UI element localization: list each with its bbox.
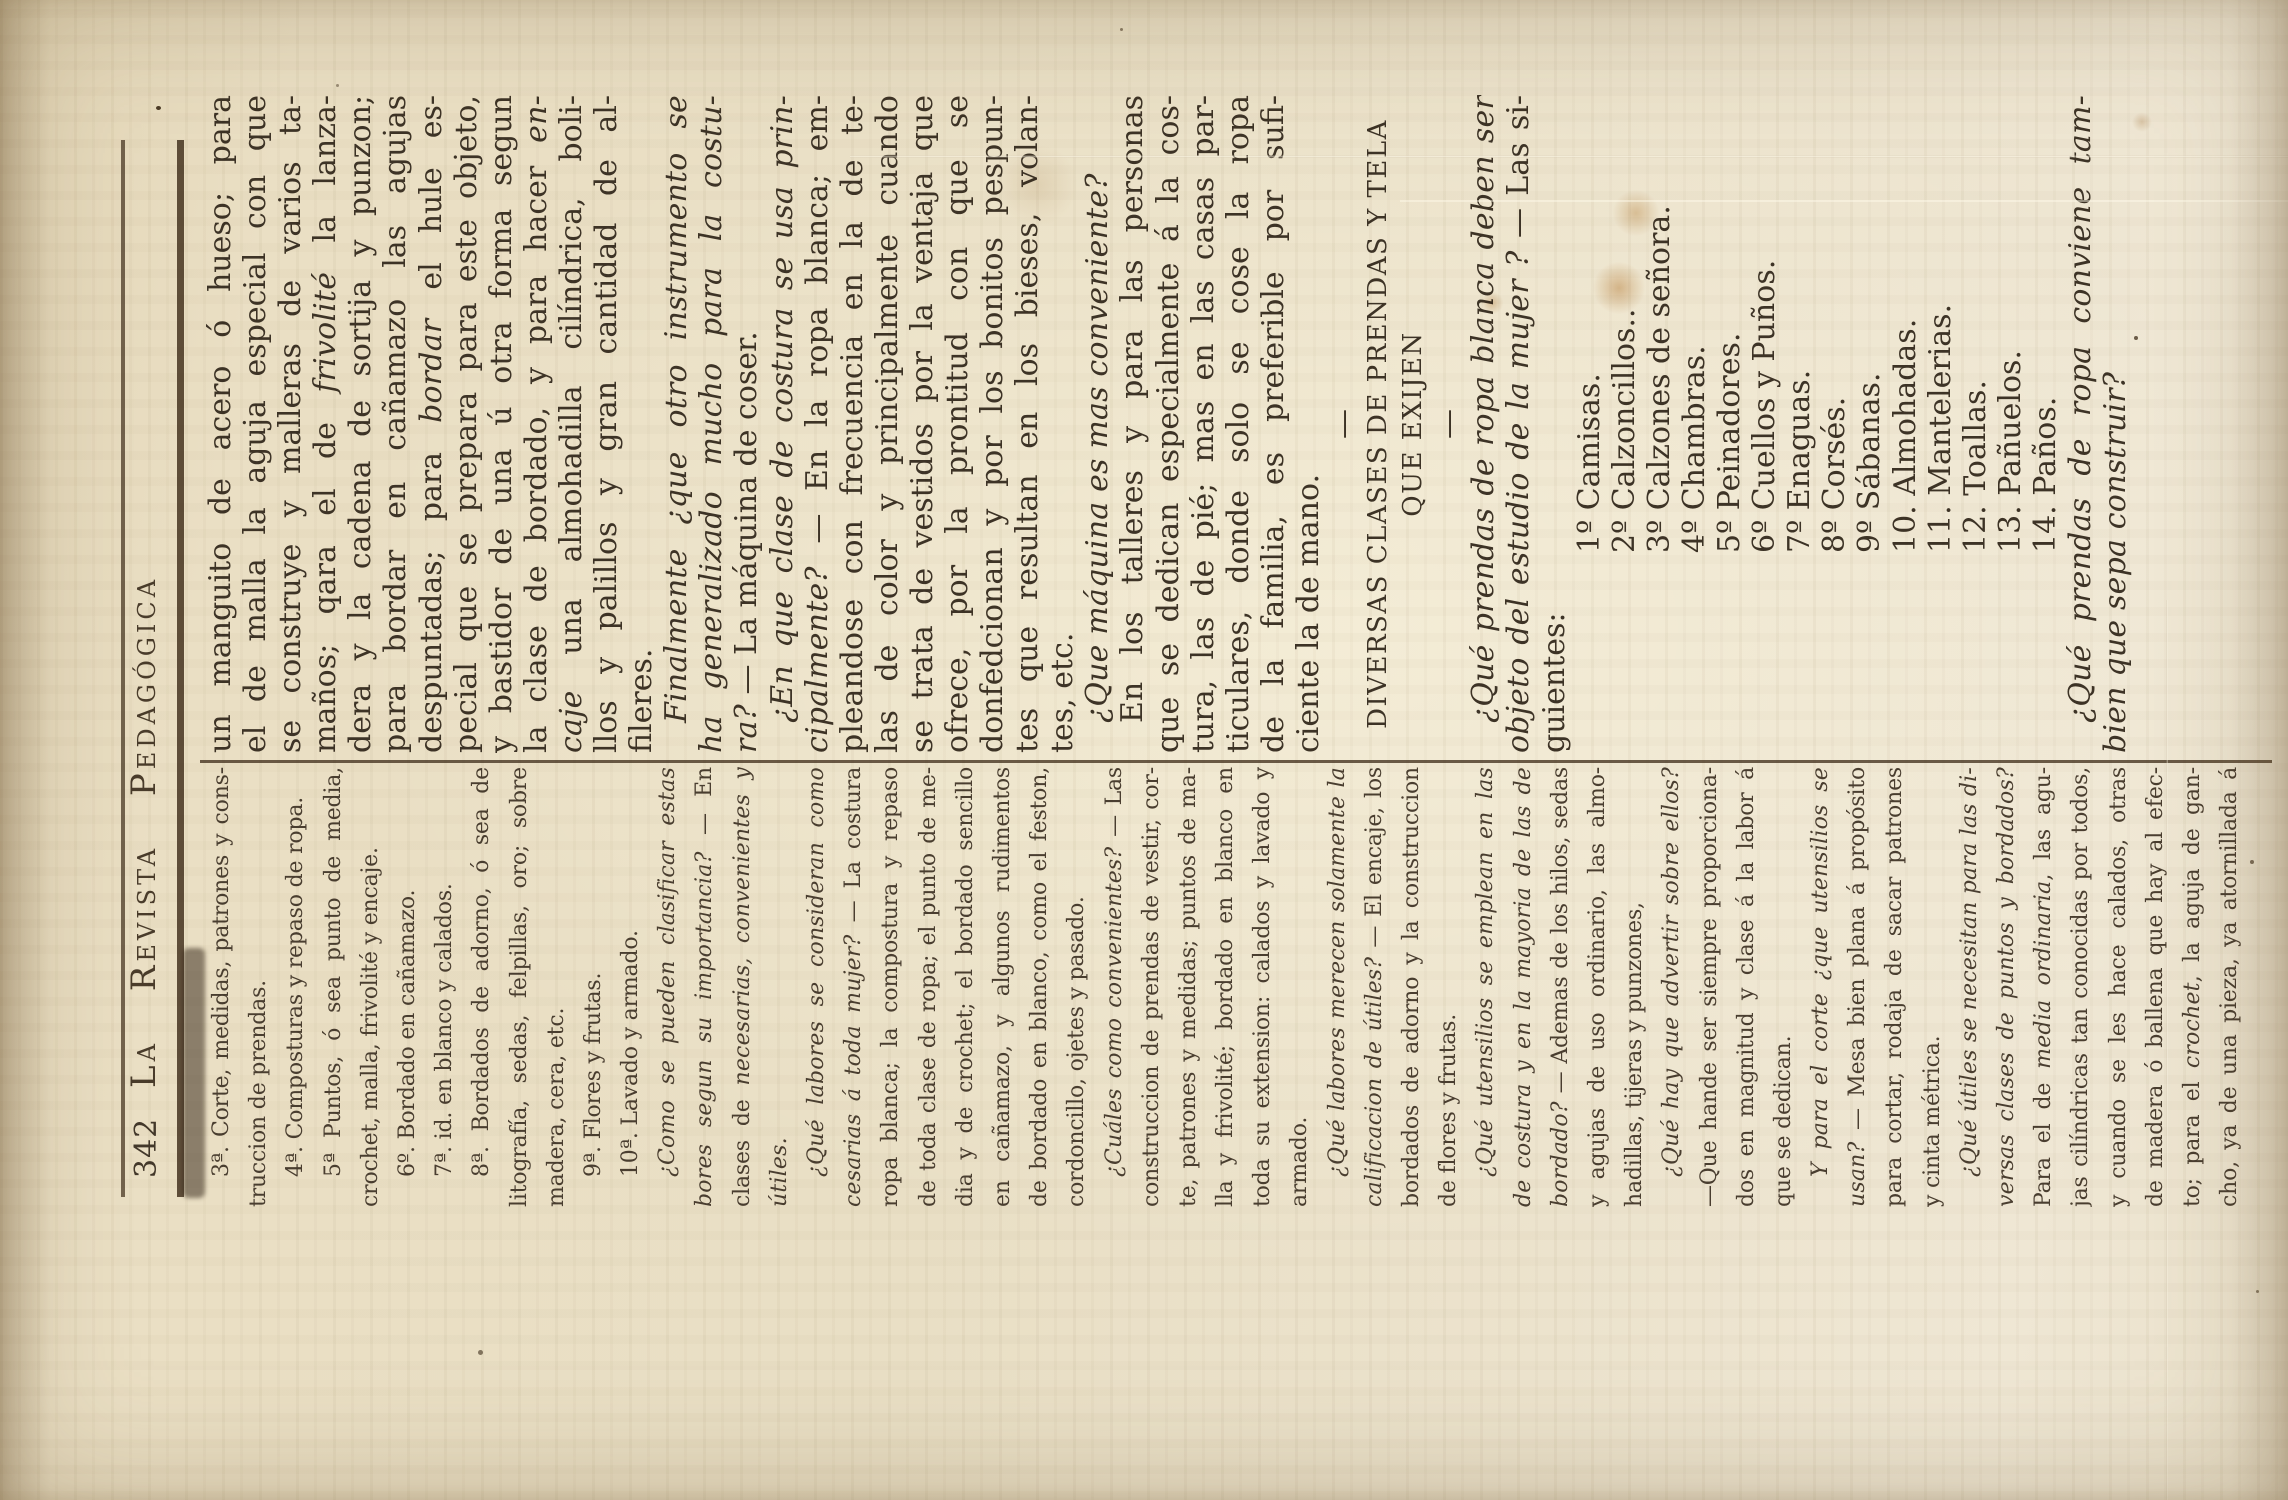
text-line: ¿Que máquina es mas conveniente?: [1080, 95, 1115, 753]
text-line: cipalmente? — En la ropa blanca; em-: [800, 95, 835, 753]
text-line: de bordado en blanco, como el feston,: [1021, 767, 1058, 1207]
text-line: madera, cera, etc.: [538, 767, 575, 1207]
text-segment: — Las si-: [1501, 95, 1536, 250]
text-line: ¿Qué labores se consideran como ne-: [798, 767, 835, 1207]
text-line: guientes:: [1537, 95, 1572, 753]
text-segment: cho, ya de una pieza, ya atornillada á: [2217, 767, 2242, 1207]
text-line: fileres.: [624, 95, 659, 753]
text-segment: clases de: [730, 1086, 755, 1207]
text-line: ¿Qué hay que advertir sobre ellos?: [1653, 767, 1690, 1207]
list-item: 5º Peinadores.: [1712, 95, 1747, 753]
text-segment: ciente la de mano.: [1291, 474, 1326, 753]
right-column: un manguito de acero ó hueso; parael de …: [203, 95, 2133, 753]
text-segment: bordado?: [1548, 1101, 1573, 1207]
text-segment: frivolité: [308, 272, 343, 393]
text-segment: se construye y malleras de varios ta-: [273, 95, 308, 753]
text-segment: de flores y frutas.: [1436, 1014, 1461, 1207]
text-segment: armado.: [1287, 1117, 1312, 1207]
text-line: 3ª. Corte, medidas, patrones y cons-: [203, 767, 240, 1207]
text-segment: 9ª. Flores y frutas.: [581, 973, 606, 1177]
text-line: 4ª. Composturas y repaso de ropa.: [277, 767, 314, 1207]
text-line: En los talleres y para las personas: [1115, 95, 1150, 753]
text-line: útiles.: [761, 767, 798, 1207]
text-segment: 13. Pañuelos.: [1993, 350, 2028, 553]
text-segment: donfedcionan y por los bonitos pespun-: [975, 95, 1010, 753]
text-segment: útiles.: [767, 1137, 792, 1207]
text-segment: Para el de: [2031, 1069, 2056, 1207]
text-segment: ticulares, donde solo se cose la ropa: [1221, 95, 1256, 753]
text-line: to; para el crochet, la aguja de gan-: [2174, 767, 2211, 1207]
text-segment: En los talleres y para las personas: [1115, 95, 1150, 723]
list-item: 4º Chambras.: [1677, 95, 1712, 753]
list-item: 14. Paños.: [2028, 95, 2063, 753]
text-line: y agujas de uso ordinario, las almo-: [1579, 767, 1616, 1207]
text-line: pleandose con frecuencia en la de te-: [835, 95, 870, 753]
text-line: pecial que se prepara para este objeto,: [449, 95, 484, 753]
text-segment: 6º. Bordado en cañamazo.: [395, 890, 420, 1177]
text-segment: crochet, malla, frivolité y encaje.: [358, 847, 383, 1207]
text-segment: 4º Chambras.: [1677, 345, 1712, 553]
text-segment: tes, etc.: [1045, 633, 1080, 753]
text-line: llos y palillos y gran cantidad de al-: [589, 95, 624, 753]
text-line: cordoncillo, ojetes y pasado.: [1058, 767, 1095, 1207]
text-segment: las de color y principalmente cuando: [870, 95, 905, 753]
text-line: de toda clase de ropa; el punto de me-: [910, 767, 947, 1207]
text-segment: Finalmente ¿que otro instrumento se: [659, 95, 694, 723]
text-segment: ha generalizado mucho para la costu-: [694, 95, 729, 753]
text-line: construccion de prendas de vestir, cor-: [1133, 767, 1170, 1207]
text-line: ¿Qué prendas de ropa blanca deben ser: [1466, 95, 1501, 753]
text-line: cho, ya de una pieza, ya atornillada á: [2211, 767, 2248, 1207]
text-line: ofrece, por la prontitud con que se: [940, 95, 975, 753]
text-line: Finalmente ¿que otro instrumento se: [659, 95, 694, 753]
text-line: de costura y en la mayoria de las de: [1505, 767, 1542, 1207]
text-line: de madera ó ballena que hay al efec-: [2137, 767, 2174, 1207]
text-segment: caje: [554, 690, 589, 753]
text-segment: usan?: [1845, 1141, 1870, 1207]
text-segment: cipalmente?: [800, 566, 835, 753]
text-segment: se trata de vestidos por la ventaja que: [905, 95, 940, 753]
text-line: cesarias á toda mujer? — La costura de: [835, 767, 872, 1207]
text-segment: construccion de prendas de vestir, cor-: [1139, 767, 1164, 1207]
text-segment: — Mesa bien plana á propósito: [1845, 767, 1870, 1141]
text-line: lla y frivolité; bordado en blanco en: [1207, 767, 1244, 1207]
text-segment: para bordar en cañamazo las agujas: [378, 95, 413, 753]
section-separator: —: [1326, 95, 1361, 753]
text-segment: que se dedican especialmente á la cos-: [1151, 95, 1186, 753]
text-segment: llos y palillos y gran cantidad de al-: [589, 95, 624, 753]
text-segment: — La máquina de coser.: [729, 331, 764, 704]
text-line: ¿Qué prendas de ropa conviene tam-: [2063, 95, 2098, 753]
text-segment: ¿Qué útiles se necesitan para las di-: [1957, 767, 1982, 1177]
journal-title: La Revista Pedagógica: [124, 576, 164, 1088]
text-segment: de bordado en blanco, como el feston,: [1027, 767, 1052, 1207]
text-line: maños; qara el de frivolité la lanza-: [308, 95, 343, 753]
text-segment: —: [1431, 409, 1466, 439]
text-segment: ¿Qué prendas de ropa conviene tam-: [2063, 95, 2098, 723]
text-line: 6º. Bordado en cañamazo.: [389, 767, 426, 1207]
text-line: y cinta métrica.: [1914, 767, 1951, 1207]
text-line: crochet, malla, frivolité y encaje.: [352, 767, 389, 1207]
rotated-journal-page: 342 La Revista Pedagógica 3ª. Corte, med…: [0, 0, 2288, 1500]
text-segment: 14. Paños.: [2028, 397, 2063, 553]
text-line: se trata de vestidos por la ventaja que: [905, 95, 940, 753]
section-separator: —: [1431, 95, 1466, 753]
text-line: que se dedican especialmente á la cos-: [1151, 95, 1186, 753]
text-segment: ¿Qué prendas de ropa blanca deben ser: [1466, 95, 1501, 723]
text-line: de flores y frutas.: [1430, 767, 1467, 1207]
text-line: caje una almohadilla cilíndrica, boli-: [554, 95, 589, 753]
text-line: 10ª. Lavado y armado.: [612, 767, 649, 1207]
text-segment: guientes:: [1537, 612, 1572, 753]
text-segment: la clase de bordado, y para hacer: [519, 143, 554, 753]
ink-smudge: [183, 948, 205, 1198]
text-segment: te, patrones y medidas; puntos de ma-: [1176, 767, 1201, 1207]
text-line: 7ª. id. en blanco y calados.: [426, 767, 463, 1207]
text-line: armado.: [1281, 767, 1318, 1207]
text-segment: madera, cera, etc.: [544, 1008, 569, 1207]
text-segment: media ordinaria: [2031, 881, 2056, 1069]
text-segment: — El encaje, los: [1362, 767, 1387, 957]
text-segment: necesarias, convenientes y: [730, 767, 755, 1086]
page-number: 342: [129, 1118, 164, 1178]
text-line: Para el de media ordinaria, las agu-: [2025, 767, 2062, 1207]
text-segment: 3ª. Corte, medidas, patrones y cons-: [209, 767, 234, 1177]
text-line: que se dedican.: [1765, 767, 1802, 1207]
text-segment: 7ª. id. en blanco y calados.: [432, 883, 457, 1177]
text-line: ¿En que clase de costura se usa prin-: [765, 95, 800, 753]
text-segment: jas cilíndricas tan conocidas por todos,: [2068, 767, 2093, 1207]
text-line: Y para el corte ¿que utensilios se: [1802, 767, 1839, 1207]
scanned-page-canvas: 342 La Revista Pedagógica 3ª. Corte, med…: [0, 0, 2288, 1500]
text-segment: hadillas, tijeras y punzones,: [1622, 902, 1647, 1207]
text-line: jas cilíndricas tan conocidas por todos,: [2062, 767, 2099, 1207]
text-line: se construye y malleras de varios ta-: [273, 95, 308, 753]
list-item: 13. Pañuelos.: [1993, 95, 2028, 753]
text-line: la clase de bordado, y para hacer en-: [519, 95, 554, 753]
text-line: te, patrones y medidas; puntos de ma-: [1170, 767, 1207, 1207]
text-segment: 8ª. Bordados de adorno, ó sea de: [469, 767, 494, 1177]
text-segment: ¿Como se pueden clasificar estas la-: [655, 767, 686, 1207]
text-segment: 9º Sábanas.: [1852, 373, 1887, 553]
text-segment: pecial que se prepara para este objeto,: [449, 95, 484, 753]
text-segment: la lanza-: [308, 95, 343, 272]
text-segment: toda su extension: calados y lavado y: [1250, 767, 1275, 1207]
text-line: y bastidor de una ú otra forma segun: [484, 95, 519, 753]
text-line: las de color y principalmente cuando: [870, 95, 905, 753]
text-line: un manguito de acero ó hueso; para: [203, 95, 238, 753]
text-segment: ¿Qué labores se consideran como ne-: [804, 767, 835, 1207]
text-line: 8ª. Bordados de adorno, ó sea de: [463, 767, 500, 1207]
text-line: truccion de prendas.: [240, 767, 277, 1207]
text-line: tes que resultan en los bieses, volan-: [1010, 95, 1045, 753]
text-line: dos en magnitud y clase á la labor á: [1728, 767, 1765, 1207]
section-heading-line: DIVERSAS CLASES DE PRENDAS Y TELA: [1361, 95, 1396, 753]
text-line: ¿Como se pueden clasificar estas la-: [649, 767, 686, 1207]
text-line: toda su extension: calados y lavado y: [1244, 767, 1281, 1207]
text-line: bordado? — Ademas de los hilos, sedas: [1542, 767, 1579, 1207]
text-line: bordados de adorno y la construccion: [1393, 767, 1430, 1207]
list-item: 1º Camisas.: [1572, 95, 1607, 753]
text-segment: para cortar, rodaja de sacar patrones: [1882, 767, 1907, 1207]
list-item: 2º Calzoncillos..: [1607, 95, 1642, 753]
text-segment: DIVERSAS CLASES DE PRENDAS Y TELA: [1363, 119, 1393, 729]
text-segment: QUE EXIJEN: [1398, 331, 1428, 516]
text-line: versas clases de puntos y bordados? —: [1988, 767, 2025, 1207]
text-segment: , las agu-: [2031, 767, 2056, 881]
text-line: ha generalizado mucho para la costu-: [694, 95, 729, 753]
text-segment: tes que resultan en los bieses, volan-: [1010, 95, 1045, 753]
text-segment: el de malla la aguja especial con que: [238, 95, 273, 753]
text-segment: en-: [519, 95, 554, 143]
text-line: ¿Qué labores merecen solamente la: [1319, 767, 1356, 1207]
text-segment: y bastidor de una ú otra forma segun: [484, 95, 519, 753]
list-item: 12. Toallas.: [1958, 95, 1993, 753]
text-segment: 6º Cuellos y Puños.: [1747, 260, 1782, 553]
text-segment: ¿Que máquina es mas conveniente?: [1080, 173, 1115, 723]
text-segment: dos en magnitud y clase á la labor á: [1734, 767, 1759, 1207]
text-line: ciente la de mano.: [1291, 95, 1326, 753]
text-segment: ¿En que clase de costura se usa prin-: [765, 95, 800, 723]
text-line: bores segun su importancia? — En tres: [686, 767, 723, 1207]
text-line: bien que sepa construir?: [2098, 95, 2133, 753]
list-item: 11. Mantelerias.: [1923, 95, 1958, 753]
list-item: 6º Cuellos y Puños.: [1747, 95, 1782, 753]
text-segment: de la familia, es preferible por sufi-: [1256, 95, 1291, 753]
text-line: hadillas, tijeras y punzones,: [1616, 767, 1653, 1207]
text-line: ¿Qué útiles se necesitan para las di-: [1951, 767, 1988, 1207]
text-segment: de madera ó ballena que hay al efec-: [2143, 767, 2168, 1207]
text-segment: litografía, sedas, felpillas, oro; sobre: [507, 767, 532, 1207]
list-item: 10. Almohadas.: [1888, 95, 1923, 753]
text-line: en cañamazo, y algunos rudimentos: [984, 767, 1021, 1207]
section-heading-line: QUE EXIJEN: [1396, 95, 1431, 753]
text-line: clases de necesarias, convenientes y: [724, 767, 761, 1207]
text-segment: en cañamazo, y algunos rudimentos: [990, 767, 1015, 1207]
text-segment: 11. Mantelerias.: [1923, 304, 1958, 553]
text-line: tura, las de pié; mas en las casas par-: [1186, 95, 1221, 753]
text-segment: dia y de crochet; el bordado sencillo: [953, 767, 978, 1207]
text-line: para cortar, rodaja de sacar patrones: [1876, 767, 1913, 1207]
text-segment: calificacion de útiles?: [1362, 957, 1387, 1207]
text-segment: ofrece, por la prontitud con que se: [940, 95, 975, 753]
text-segment: 1º Camisas.: [1572, 373, 1607, 553]
text-line: para bordar en cañamazo las agujas: [378, 95, 413, 753]
text-segment: y agujas de uso ordinario, las almo-: [1585, 767, 1610, 1207]
column-divider-rule: [200, 760, 2272, 763]
text-segment: 5ª Puntos, ó sea punto de media,: [321, 767, 346, 1177]
text-segment: 2º Calzoncillos..: [1607, 309, 1642, 553]
text-line: ticulares, donde solo se cose la ropa: [1221, 95, 1256, 753]
text-segment: —Que hande ser siempre proporciona-: [1697, 767, 1722, 1207]
text-segment: cordoncillo, ojetes y pasado.: [1064, 896, 1089, 1207]
text-segment: bores segun su importancia?: [692, 851, 717, 1207]
left-column: 3ª. Corte, medidas, patrones y cons-truc…: [203, 767, 2248, 1207]
text-segment: ¿Qué utensilios se emplean en las obras: [1473, 767, 1504, 1207]
text-segment: fileres.: [624, 649, 659, 753]
text-line: dera y la cadena de sortija y punzon;: [343, 95, 378, 753]
text-segment: Y para el corte ¿que utensilios se: [1808, 767, 1833, 1177]
text-segment: ¿Qué labores merecen solamente la: [1325, 767, 1350, 1177]
text-segment: una almohadilla cilíndrica, boli-: [554, 95, 589, 690]
text-segment: ra?: [729, 704, 764, 753]
text-segment: to; para el: [2180, 1068, 2205, 1207]
text-segment: objeto del estudio de la mujer ?: [1501, 250, 1536, 753]
text-segment: 8º Corsés.: [1817, 397, 1852, 553]
text-segment: —: [1326, 409, 1361, 439]
list-item: 9º Sábanas.: [1852, 95, 1887, 753]
text-line: tes, etc.: [1045, 95, 1080, 753]
text-segment: maños; qara el de: [308, 393, 343, 753]
text-line: usan? — Mesa bien plana á propósito: [1839, 767, 1876, 1207]
text-segment: 10. Almohadas.: [1888, 319, 1923, 553]
text-line: ropa blanca; la compostura y repaso: [872, 767, 909, 1207]
text-segment: — Ademas de los hilos, sedas: [1548, 767, 1573, 1101]
text-segment: y cuando se les hace calados, otras: [2106, 767, 2131, 1207]
text-segment: pleandose con frecuencia en la de te-: [835, 95, 870, 753]
text-segment: truccion de prendas.: [246, 980, 271, 1207]
text-segment: 4ª. Composturas y repaso de ropa.: [283, 797, 308, 1177]
text-segment: crochet: [2180, 982, 2205, 1068]
text-line: 9ª. Flores y frutas.: [575, 767, 612, 1207]
text-line: donfedcionan y por los bonitos pespun-: [975, 95, 1010, 753]
text-segment: versas clases de puntos y bordados? —: [1994, 767, 2025, 1207]
text-segment: bien que sepa construir?: [2098, 372, 2133, 753]
text-line: 5ª Puntos, ó sea punto de media,: [315, 767, 352, 1207]
text-segment: bordados de adorno y la construccion: [1399, 767, 1424, 1207]
text-line: ra? — La máquina de coser.: [729, 95, 764, 753]
text-segment: ¿Qué hay que advertir sobre ellos?: [1659, 767, 1684, 1177]
text-segment: 5º Peinadores.: [1712, 333, 1747, 553]
list-item: 3º Calzones de señora.: [1642, 95, 1677, 753]
text-segment: ¿Cuáles como convenientes?: [1102, 847, 1127, 1177]
text-line: calificacion de útiles? — El encaje, los: [1356, 767, 1393, 1207]
text-segment: 3º Calzones de señora.: [1642, 205, 1677, 553]
text-segment: cesarias á toda mujer?: [841, 934, 866, 1207]
text-line: dia y de crochet; el bordado sencillo: [947, 767, 984, 1207]
text-segment: que se dedican.: [1771, 1036, 1796, 1207]
text-segment: , la aguja de gan-: [2180, 767, 2205, 982]
text-segment: — En la ropa blanca; em-: [800, 95, 835, 566]
text-line: y cuando se les hace calados, otras: [2100, 767, 2137, 1207]
text-segment: 10ª. Lavado y armado.: [618, 930, 643, 1177]
list-item: 7º Enaguas.: [1782, 95, 1817, 753]
text-segment: y cinta métrica.: [1920, 1036, 1945, 1207]
text-segment: despuntadas; para: [414, 423, 449, 753]
text-segment: 12. Toallas.: [1958, 380, 1993, 553]
text-line: objeto del estudio de la mujer ? — Las s…: [1501, 95, 1536, 753]
text-segment: bordar: [414, 319, 449, 423]
text-segment: lla y frivolité; bordado en blanco en: [1213, 767, 1238, 1207]
text-segment: un manguito de acero ó hueso; para: [203, 95, 238, 753]
text-line: de la familia, es preferible por sufi-: [1256, 95, 1291, 753]
text-segment: de toda clase de ropa; el punto de me-: [916, 767, 941, 1207]
text-line: el de malla la aguja especial con que: [238, 95, 273, 753]
list-item: 8º Corsés.: [1817, 95, 1852, 753]
text-line: —Que hande ser siempre proporciona-: [1691, 767, 1728, 1207]
text-line: ¿Qué utensilios se emplean en las obras: [1467, 767, 1504, 1207]
text-segment: de costura y en la mayoria de las de: [1511, 767, 1536, 1207]
text-segment: 7º Enaguas.: [1782, 370, 1817, 553]
text-segment: dera y la cadena de sortija y punzon;: [343, 95, 378, 753]
text-line: litografía, sedas, felpillas, oro; sobre: [501, 767, 538, 1207]
text-segment: ropa blanca; la compostura y repaso: [878, 767, 903, 1207]
text-line: despuntadas; para bordar el hule es-: [414, 95, 449, 753]
text-line: ¿Cuáles como convenientes? — Las de: [1096, 767, 1133, 1207]
text-segment: tura, las de pié; mas en las casas par-: [1186, 95, 1221, 753]
text-segment: el hule es-: [414, 95, 449, 319]
